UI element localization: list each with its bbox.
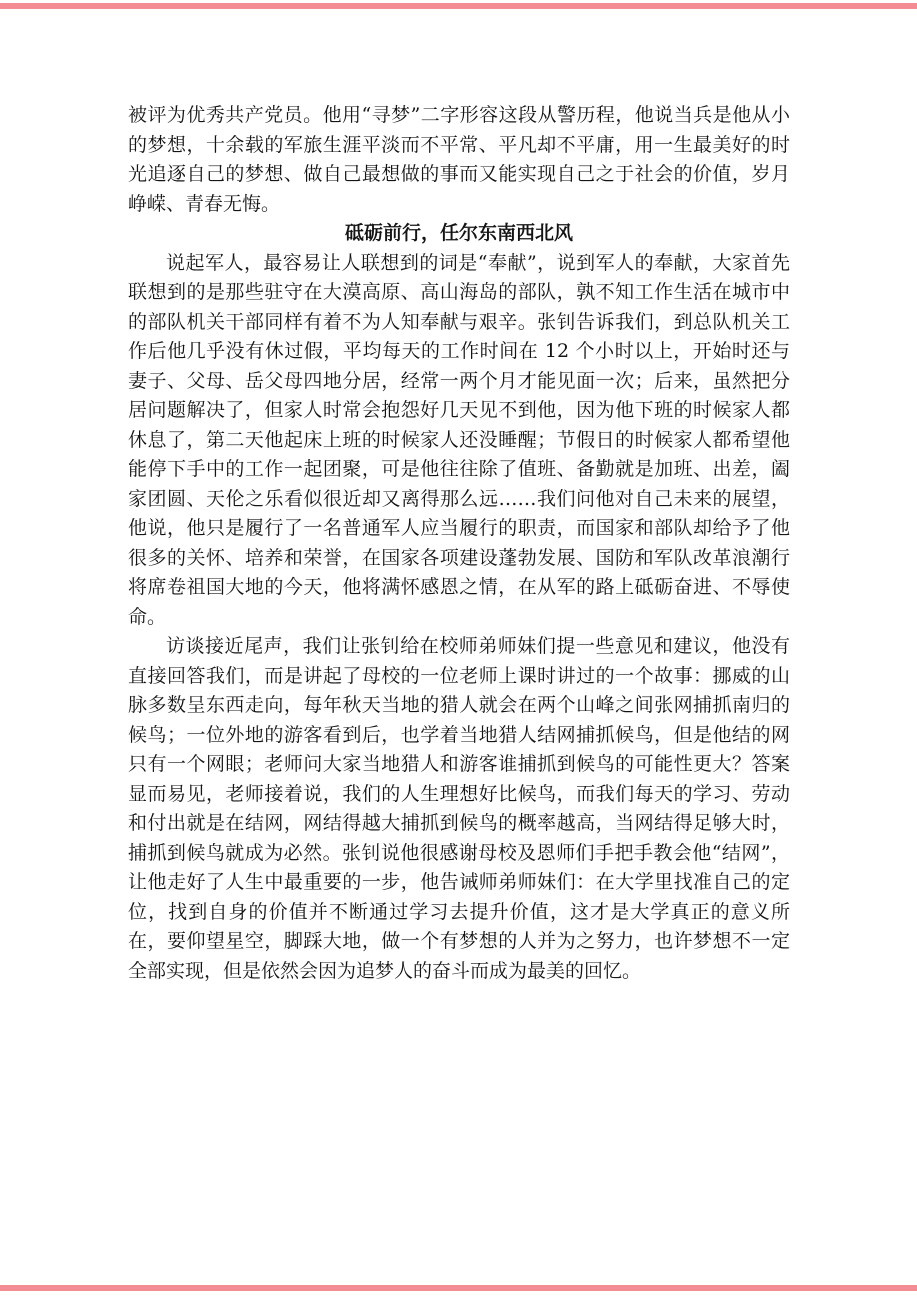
bottom-border-rule [0, 1285, 917, 1291]
section-heading: 砥砺前行，任尔东南西北风 [128, 219, 790, 249]
paragraph-dedication: 说起军人，最容易让人联想到的词是“奉献”，说到军人的奉献，大家首先联想到的是那些… [128, 249, 790, 633]
paragraph-continuation: 被评为优秀共产党员。他用“寻梦”二字形容这段从警历程，他说当兵是他从小的梦想，十… [128, 101, 790, 219]
paragraph-interview-closing: 访谈接近尾声，我们让张钊给在校师弟师妹们提一些意见和建议，他没有直接回答我们，而… [128, 632, 790, 986]
top-border-rule [0, 3, 917, 9]
document-text-block: 被评为优秀共产党员。他用“寻梦”二字形容这段从警历程，他说当兵是他从小的梦想，十… [128, 101, 790, 986]
